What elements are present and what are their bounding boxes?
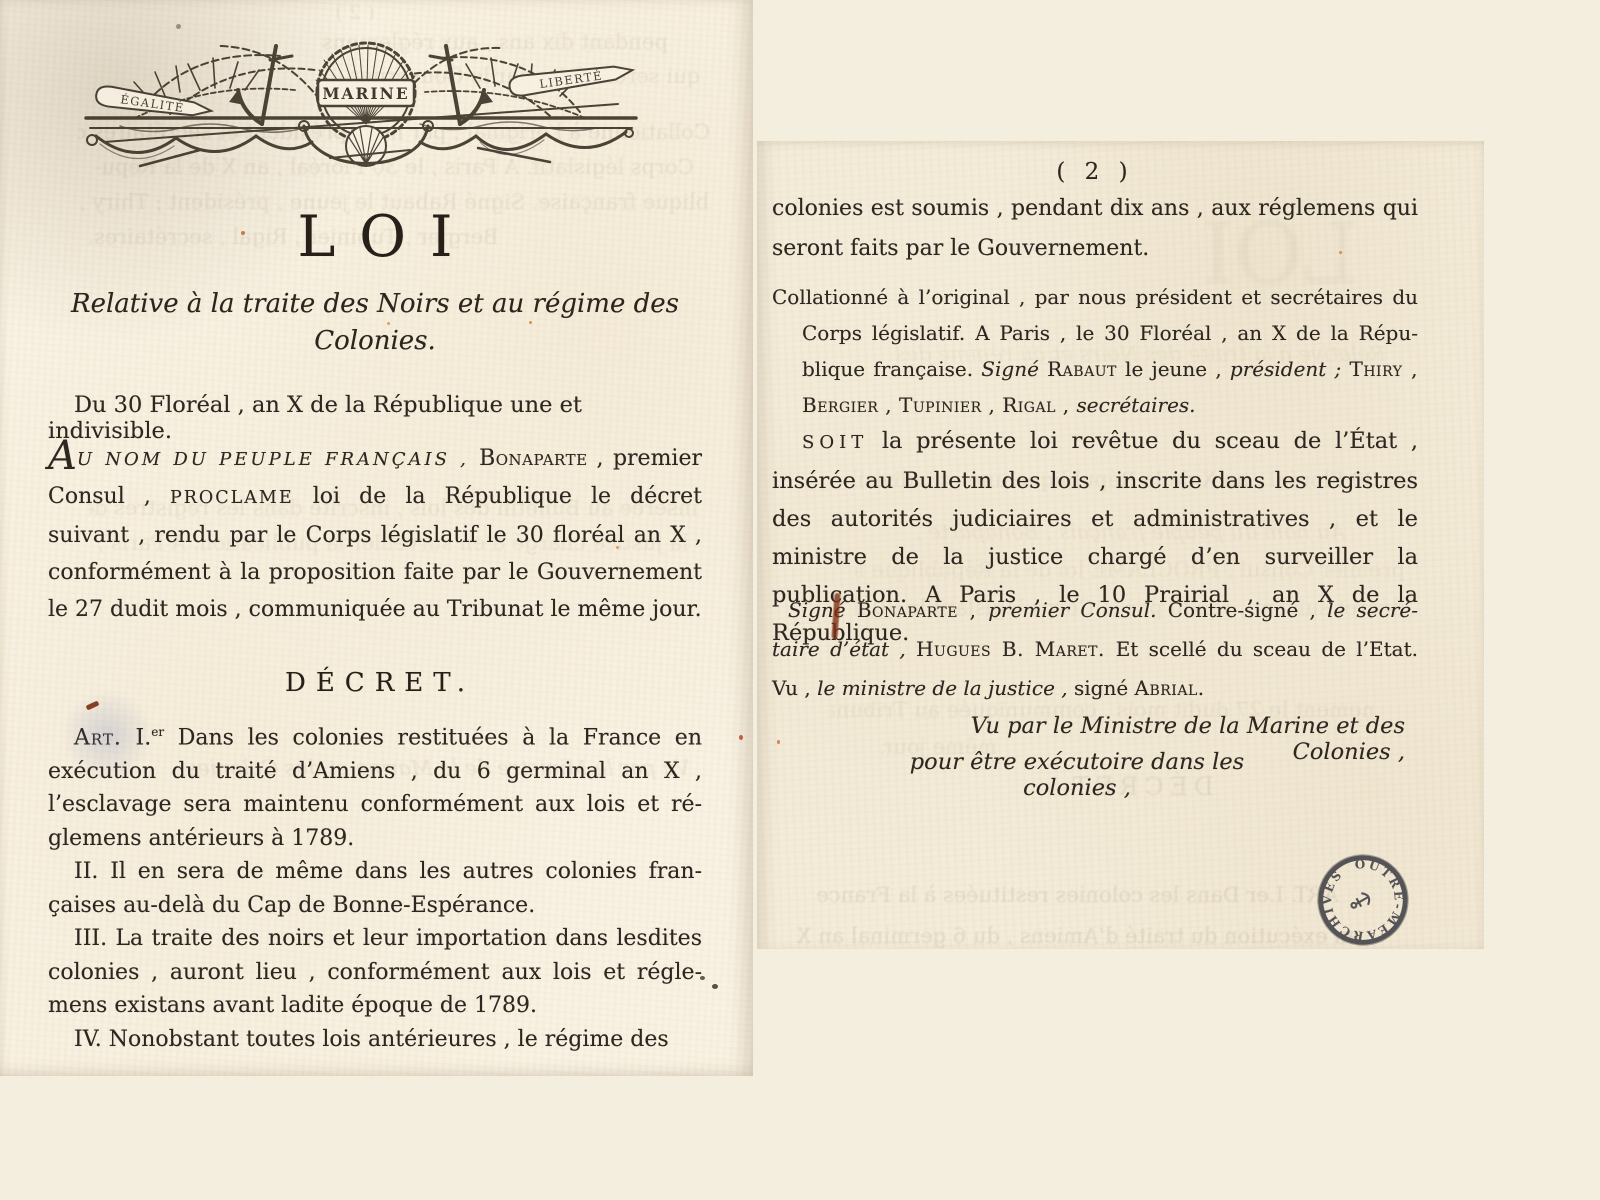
article-4-continuation: colonies est soumis , pendant dix ans , … bbox=[772, 189, 1418, 269]
page-1: ( 2 ) pendant dix ans , aux réglemens qu… bbox=[0, 0, 753, 1076]
dateline: Du 30 Floréal , an X de la République un… bbox=[48, 392, 702, 444]
decret-heading: DÉCRET. bbox=[48, 668, 702, 698]
collation-paragraph: Collationné à l’original , par nous prés… bbox=[772, 279, 1418, 423]
law-title: LOI bbox=[48, 204, 702, 270]
article-4: IV. Nonobstant toutes lois antérieures ,… bbox=[48, 1023, 702, 1057]
ink-dot bbox=[712, 984, 718, 989]
liberte-banner: LIBERTÉ bbox=[508, 60, 634, 97]
le-jeune-text: le jeune , bbox=[1117, 357, 1230, 381]
signe2-text: signé bbox=[1074, 676, 1135, 700]
president-word: président ; bbox=[1230, 357, 1350, 381]
premier-consul-word: premier Consul. bbox=[988, 598, 1168, 622]
soit-word: SOIT bbox=[802, 432, 868, 453]
article-3-number: III. bbox=[74, 926, 107, 951]
law-subtitle: Relative à la traite des Noirs et au rég… bbox=[48, 286, 702, 360]
article-4-number: IV. bbox=[74, 1027, 102, 1052]
articles-block: Art. I.er Dans les colonies restituées à… bbox=[48, 716, 702, 1056]
bleedthrough-line: ( 2 ) bbox=[310, 2, 400, 24]
bleedthrough-line: ART. I.er Dans les colonies restituées à… bbox=[795, 883, 1360, 907]
maret-name: Hugues B. Maret. bbox=[916, 637, 1116, 661]
article-2-text: Il en sera de même dans les autres colon… bbox=[48, 859, 702, 918]
vu-ministre-line2: pour être exécutoire dans les colonies , bbox=[867, 749, 1287, 801]
bonaparte-name: Bonaparte , bbox=[479, 446, 613, 471]
signe-word: Signé bbox=[788, 598, 857, 622]
foxing-speck bbox=[739, 735, 743, 740]
archives-outre-mer-stamp: ARCHIVES OUTRE-MER bbox=[1315, 852, 1411, 948]
abrial-name: Abrial. bbox=[1135, 676, 1205, 700]
ministre-justice-word: le ministre de la justice , bbox=[817, 676, 1074, 700]
marine-vignette-engraving: ÉGALITÉ LIBERTÉ MARINE bbox=[80, 30, 642, 182]
bleedthrough-line: en exécution du traité d’Amiens , du 6 g… bbox=[795, 924, 1360, 948]
page-2: LOI Relative à la traite des Noirs et au… bbox=[757, 141, 1484, 949]
shell-icon: MARINE bbox=[316, 43, 415, 166]
proclamation-paragraph: AU NOM DU PEUPLE FRANÇAIS , Bonaparte , … bbox=[48, 440, 702, 628]
rabaut-name: Rabaut bbox=[1047, 357, 1117, 381]
egalite-banner: ÉGALITÉ bbox=[95, 85, 213, 121]
page-number: ( 2 ) bbox=[772, 159, 1418, 185]
article-1-ordinal: er bbox=[151, 725, 164, 739]
secretaires-word: secrétaires. bbox=[1076, 393, 1195, 417]
anchor-icon bbox=[1348, 891, 1372, 912]
peuple-francais-text: U NOM DU PEUPLE FRANÇAIS , bbox=[77, 449, 479, 470]
article-3-text: La traite des noirs et leur importation … bbox=[48, 926, 702, 1018]
anchor-icon bbox=[229, 46, 292, 124]
scanned-document: ( 2 ) pendant dix ans , aux réglemens qu… bbox=[0, 0, 1600, 1200]
marine-label: MARINE bbox=[322, 84, 409, 103]
bonaparte-signature: Bonaparte , bbox=[857, 598, 988, 622]
contre-signe-text: Contre-signé , bbox=[1168, 598, 1327, 622]
signe-word: Signé bbox=[981, 357, 1047, 381]
article-3: III. La traite des noirs et leur importa… bbox=[48, 922, 702, 1023]
article-2: II. Il en sera de même dans les autres c… bbox=[48, 855, 702, 922]
signature-paragraph: Signé Bonaparte , premier Consul. Contre… bbox=[772, 591, 1418, 708]
foxing-speck bbox=[176, 24, 181, 29]
article-2-number: II. bbox=[74, 859, 98, 884]
drop-initial: A bbox=[48, 433, 77, 479]
foxing-speck bbox=[777, 740, 780, 744]
proclame-word: PROCLAME bbox=[170, 488, 294, 508]
ink-stain bbox=[62, 688, 152, 783]
article-4-text: Nonobstant toutes lois antérieures , le … bbox=[102, 1027, 669, 1052]
